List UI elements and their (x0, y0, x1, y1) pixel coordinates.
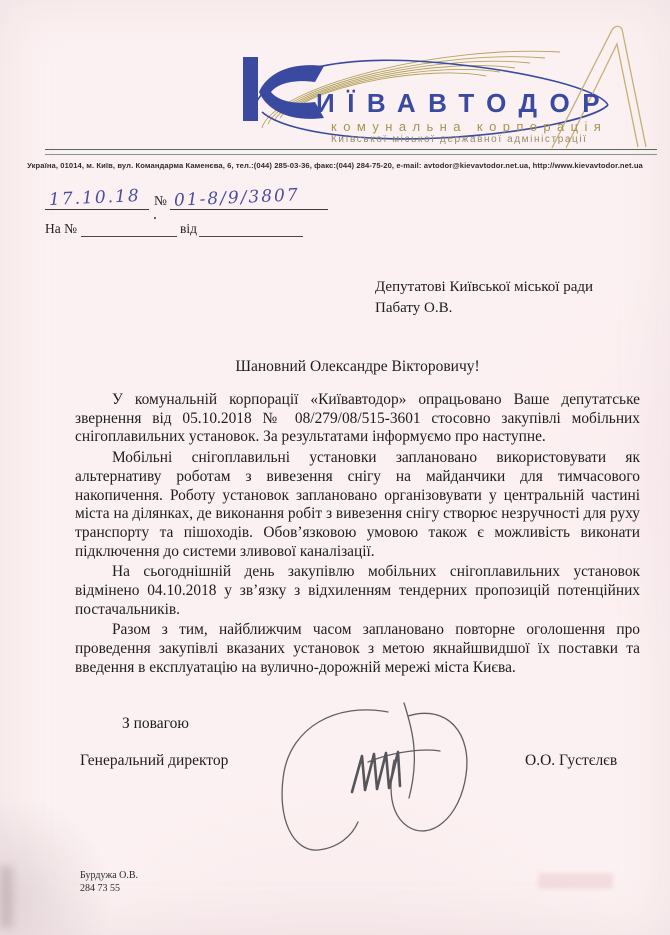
scan-edge-smudge (0, 866, 13, 928)
reply-reference-line: На №від (45, 221, 303, 237)
recipient-line2: Пабату О.В. (375, 298, 593, 319)
reply-number-blank (81, 221, 177, 237)
director-name: О.О. Густєлєв (525, 752, 617, 770)
executor-block: Бурдужа О.В. 284 73 55 (80, 870, 138, 895)
reply-prefix: На № (45, 221, 77, 236)
faint-stamp-smudge (538, 873, 613, 889)
recipient-block: Депутатові Київської міської ради Пабату… (375, 277, 593, 319)
paragraph-2: Мобільні снігоплавильні установки заплан… (75, 449, 640, 561)
outgoing-date-field: 17.10.18 (45, 188, 149, 210)
logo-subtitle-administration: Київської міської державної адміністраці… (331, 134, 588, 145)
director-title: Генеральний директор (80, 752, 228, 770)
logo-subtitle-corporation: комунальна корпорація (331, 119, 607, 134)
paragraph-3: На сьогоднішній день закупівлю мобільних… (75, 563, 640, 619)
header-divider-bottom (45, 154, 657, 155)
handwritten-date: 17.10.18 (49, 186, 141, 210)
logo-wordmark: ИЇВАВТОДОР (316, 88, 612, 119)
registration-line: 17.10.18№01-8/9/3807 (45, 188, 328, 210)
ink-dot (154, 217, 156, 219)
paragraph-4: Разом з тим, найближчим часом запланован… (75, 621, 640, 677)
executor-name: Бурдужа О.В. (80, 870, 138, 883)
address-line: Україна, 01014, м. Київ, вул. Командарма… (0, 161, 670, 170)
signature-scribble (235, 693, 495, 873)
recipient-line1: Депутатові Київської міської ради (375, 277, 593, 298)
number-sign: № (154, 193, 167, 208)
handwritten-number: 01-8/9/3807 (174, 185, 300, 210)
regards-line: З повагою (122, 715, 189, 733)
salutation: Шановний Олександре Вікторовичу! (75, 358, 640, 376)
scanned-letter-page: ИЇВАВТОДОР комунальна корпорація Київськ… (0, 0, 670, 935)
letter-body: У комунальній корпорації «Київавтодор» о… (75, 391, 640, 678)
paragraph-1: У комунальній корпорації «Київавтодор» о… (75, 391, 640, 447)
reply-from-label: від (180, 221, 197, 236)
header-divider-top (45, 149, 657, 150)
reply-date-blank (199, 221, 303, 237)
executor-phone: 284 73 55 (80, 883, 138, 896)
outgoing-number-field: 01-8/9/3807 (170, 188, 328, 210)
